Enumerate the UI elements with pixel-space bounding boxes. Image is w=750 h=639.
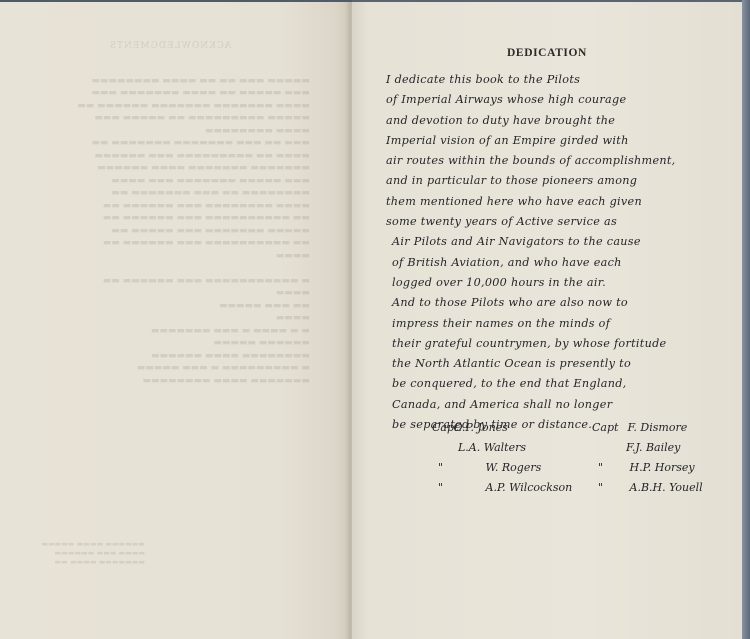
dedication-line: and devotion to duty have brought the bbox=[386, 111, 716, 131]
dedication-line: be conquered, to the end that England, bbox=[386, 374, 716, 394]
ditto-mark: " bbox=[592, 458, 626, 478]
signature-name: F. Dismore bbox=[628, 421, 688, 434]
dedication-line: of British Aviation, and who have each bbox=[386, 253, 716, 273]
dedication-heading: DEDICATION bbox=[352, 47, 742, 59]
dedication-line: air routes within the bounds of accompli… bbox=[386, 151, 716, 171]
signature: " A.B.H. Youell bbox=[592, 478, 703, 498]
dedication-line: their grateful countrymen, by whose fort… bbox=[386, 334, 716, 354]
signature: Capt F. Dismore bbox=[592, 418, 703, 438]
signature-prefix: Capt bbox=[592, 418, 624, 438]
signature: L.A. Walters bbox=[432, 438, 572, 458]
signature: " A.P. Wilcockson bbox=[432, 478, 572, 498]
signature-name: L.A. Walters bbox=[458, 441, 526, 454]
handwritten-dedication: I dedicate this book to the Pilots of Im… bbox=[386, 70, 716, 435]
dedication-line: of Imperial Airways whose high courage bbox=[386, 90, 716, 110]
dedication-line: And to those Pilots who are also now to bbox=[386, 293, 716, 313]
bleed-through-text: ACKNOWLEDGMENTS ▬▬▬▬▬ ▬▬▬ ▬▬ ▬▬ ▬▬▬▬ ▬▬▬… bbox=[30, 27, 310, 387]
signature-name: H.P. Horsey bbox=[630, 461, 695, 474]
signature: " H.P. Horsey bbox=[592, 458, 703, 478]
dedication-line: them mentioned here who have each given bbox=[386, 192, 716, 212]
bleed-through-footer: ▬▬▬▬▬▬ ▬▬▬▬ ▬▬▬▬▬▬▬▬▬ ▬▬▬ ▬▬▬▬▬▬▬▬▬▬▬▬▬ … bbox=[25, 540, 145, 567]
ditto-mark: " bbox=[432, 478, 482, 498]
ditto-mark: " bbox=[432, 458, 482, 478]
signature-name: O.P. Jones bbox=[454, 421, 508, 434]
signature-name: F.J. Bailey bbox=[626, 441, 680, 454]
background-edge bbox=[742, 0, 750, 639]
dedication-line: Imperial vision of an Empire girded with bbox=[386, 131, 716, 151]
dedication-line: some twenty years of Active service as bbox=[386, 212, 716, 232]
dedication-line: logged over 10,000 hours in the air. bbox=[386, 273, 716, 293]
signature: " W. Rogers bbox=[432, 458, 572, 478]
ditto-mark: " bbox=[592, 478, 626, 498]
dedication-line: Air Pilots and Air Navigators to the cau… bbox=[386, 232, 716, 252]
dedication-line: the North Atlantic Ocean is presently to bbox=[386, 354, 716, 374]
signature-name: A.B.H. Youell bbox=[630, 481, 703, 494]
signature-column-left: Capt. O.P. Jones L.A. Walters " W. Roger… bbox=[432, 418, 572, 498]
signature-column-right: Capt F. Dismore F.J. Bailey " H.P. Horse… bbox=[592, 418, 703, 498]
book-spread: ACKNOWLEDGMENTS ▬▬▬▬▬ ▬▬▬ ▬▬ ▬▬ ▬▬▬▬ ▬▬▬… bbox=[0, 0, 750, 639]
signature-name: A.P. Wilcockson bbox=[486, 481, 573, 494]
dedication-line: Canada, and America shall no longer bbox=[386, 395, 716, 415]
dedication-line: and in particular to those pioneers amon… bbox=[386, 171, 716, 191]
left-page: ACKNOWLEDGMENTS ▬▬▬▬▬ ▬▬▬ ▬▬ ▬▬ ▬▬▬▬ ▬▬▬… bbox=[0, 2, 350, 639]
dedication-line: impress their names on the minds of bbox=[386, 314, 716, 334]
signature-prefix: Capt. bbox=[432, 418, 450, 438]
signature: F.J. Bailey bbox=[592, 438, 703, 458]
dedication-line: I dedicate this book to the Pilots bbox=[386, 70, 716, 90]
signature: Capt. O.P. Jones bbox=[432, 418, 572, 438]
signature-block: Capt. O.P. Jones L.A. Walters " W. Roger… bbox=[432, 418, 722, 508]
signature-name: W. Rogers bbox=[486, 461, 542, 474]
